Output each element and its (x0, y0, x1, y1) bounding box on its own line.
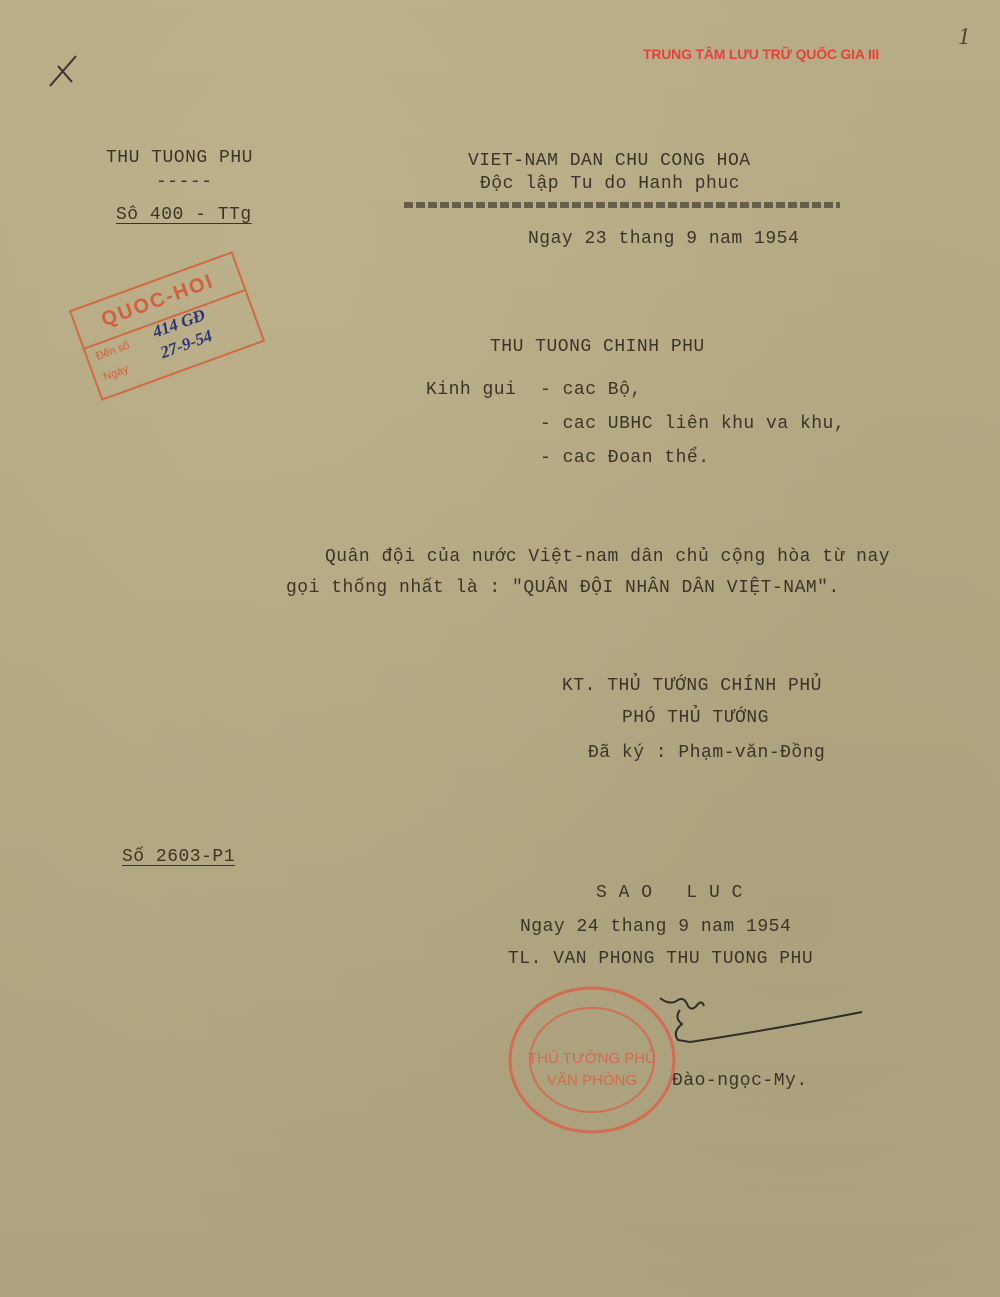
recipient-1: - cac Bộ, (540, 380, 642, 400)
signature-line-1: KT. THỦ TƯỚNG CHÍNH PHỦ (562, 676, 822, 696)
copy-date: Ngay 24 thang 9 nam 1954 (520, 917, 791, 937)
seal-line-2: VĂN PHÒNG (547, 1072, 637, 1089)
national-motto: Độc lập Tu do Hanh phuc (480, 174, 740, 194)
archive-label: TRUNG TÂM LƯU TRỮ QUỐC GIA III (643, 46, 879, 62)
document-number: Sô 400 - TTg (116, 205, 252, 225)
issue-date: Ngay 23 thang 9 nam 1954 (528, 229, 799, 249)
handwritten-signature-icon (650, 990, 920, 1060)
greeting: Kinh gui (426, 380, 516, 400)
page-number: 1 (958, 24, 970, 51)
copy-number: Số 2603-P1 (122, 847, 235, 867)
copy-title: S A O L U C (596, 883, 743, 903)
copy-signer: Đào-ngọc-My. (672, 1071, 808, 1091)
header-dashes: ----- (156, 172, 213, 192)
country-name: VIET-NAM DAN CHU CONG HOA (468, 151, 751, 171)
body-line-1: Quân đội của nước Việt-nam dân chủ cộng … (325, 547, 890, 567)
copy-office: TL. VAN PHONG THU TUONG PHU (508, 949, 813, 969)
margin-x-mark-icon (48, 52, 80, 88)
issuing-agency: THU TUONG PHU (106, 148, 253, 168)
sender-title: THU TUONG CHINH PHU (490, 337, 705, 357)
received-stamp: QUOC-HOI Đến số Ngày 414 GĐ 27-9-54 (69, 251, 265, 401)
signature-line-2: PHÓ THỦ TƯỚNG (622, 708, 769, 728)
seal-line-1: THỦ TƯỚNG PHỦ (528, 1049, 656, 1067)
body-line-2: gọi thống nhất là : "QUÂN ĐỘI NHÂN DÂN V… (286, 578, 840, 598)
recipient-3: - cac Đoan thể. (540, 448, 710, 468)
signature-line-3: Đã ký : Phạm-văn-Đồng (588, 743, 825, 763)
header-divider (404, 202, 840, 208)
recipient-2: - cac UBHC liên khu va khu, (540, 414, 845, 434)
